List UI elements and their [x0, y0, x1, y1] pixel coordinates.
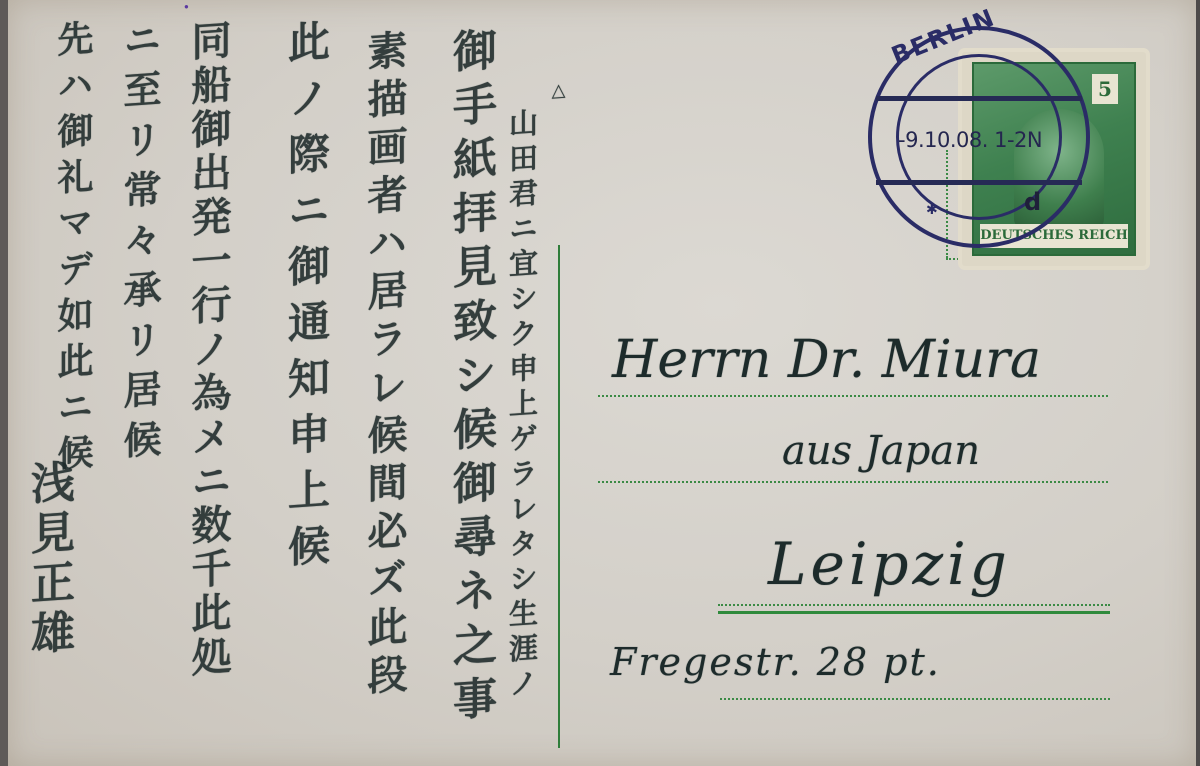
message-column-1: 山田君ニ宜シク申上ゲラレタシ生涯ノ [502, 107, 543, 705]
signature: 浅見正雄 [16, 458, 80, 662]
ink-speck: ● [184, 2, 189, 11]
message-column-7: 先ハ御礼マデ如此ニ候 [48, 18, 99, 482]
address-origin: aus Japan [782, 428, 980, 474]
message-column-6: ニ至リ常々承リ居候 [112, 18, 167, 472]
address-line-1 [598, 395, 1108, 397]
postmark-bar-top [876, 96, 1082, 101]
card-right-edge [1196, 0, 1200, 766]
message-column-2: 御手紙拝見致シ候御尋ネ之事 [438, 26, 502, 732]
address-city: Leipzig [768, 530, 1011, 598]
address-recipient: Herrn Dr. Miura [612, 330, 1041, 390]
message-column-3: 素描画者ハ居ラレ候間必ズ此段 [356, 28, 413, 704]
message-marker: △ [548, 79, 569, 105]
address-street: Fregestr. 28 pt. [610, 640, 941, 684]
center-divider [558, 245, 560, 748]
postmark-office-letter: d [1024, 188, 1041, 216]
address-line-2 [598, 481, 1108, 483]
card-left-edge [0, 0, 8, 766]
message-column-5: 同船御出発一行ノ為メニ数千此処 [180, 18, 237, 682]
city-underline [718, 611, 1110, 614]
postmark-date: -9.10.08. 1-2N [898, 128, 1042, 152]
postmark-star-icon: ✱ [926, 202, 938, 219]
postmark-bar-bottom [876, 180, 1082, 185]
stamp-value: 5 [1092, 74, 1118, 104]
address-line-3 [718, 604, 1110, 606]
message-column-4: 此ノ際ニ御通知申上候 [276, 18, 336, 582]
address-line-4 [720, 698, 1110, 700]
